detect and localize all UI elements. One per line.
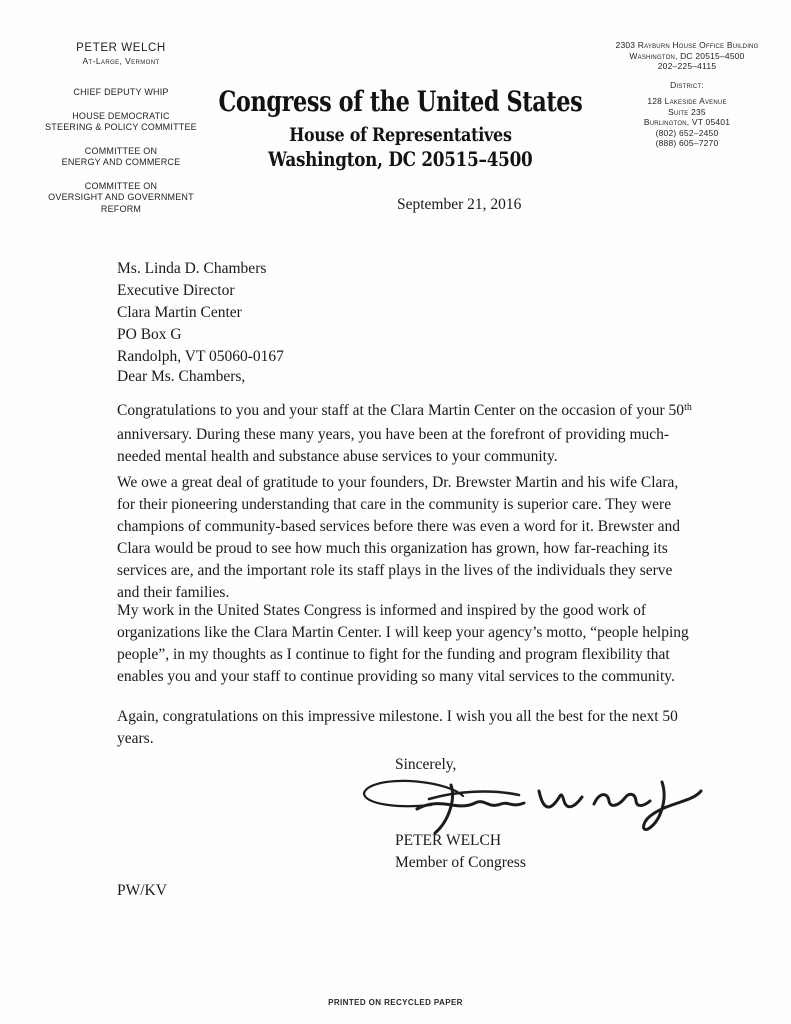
district-suite-line: Suite 235: [597, 107, 777, 118]
closing-sincerely: Sincerely,: [395, 754, 456, 776]
district-phone-1: (802) 652–2450: [597, 128, 777, 139]
washington-office-city-line: Washington, DC 20515–4500: [597, 51, 777, 62]
member-name: PETER WELCH: [30, 42, 212, 54]
washington-office-address-line: 2303 Rayburn House Office Building: [597, 40, 777, 51]
member-district-subtitle: At-Large, Vermont: [30, 56, 212, 66]
reference-initials: PW/KV: [117, 880, 167, 902]
letter-date: September 21, 2016: [397, 194, 521, 216]
district-address-line: 128 Lakeside Avenue: [597, 96, 777, 107]
district-phone-2: (888) 605–7270: [597, 138, 777, 149]
signer-block: PETER WELCH Member of Congress: [395, 830, 526, 874]
recipient-organization: Clara Martin Center: [117, 302, 284, 324]
recipient-name: Ms. Linda D. Chambers: [117, 258, 284, 280]
district-city-line: Burlington, VT 05401: [597, 117, 777, 128]
paragraph-1-text-continued: anniversary. During these many years, yo…: [117, 426, 669, 465]
masthead-house-line: House of Representatives: [289, 124, 511, 146]
masthead-congress-line: Congress of the United States: [219, 86, 583, 118]
letter-page: PETER WELCH At-Large, Vermont CHIEF DEPU…: [0, 0, 791, 1024]
recipient-city-state-zip: Randolph, VT 05060-0167: [117, 346, 284, 368]
salutation: Dear Ms. Chambers,: [117, 366, 245, 388]
masthead-washington-line: Washington, DC 20515–4500: [268, 148, 532, 171]
recipient-address-block: Ms. Linda D. Chambers Executive Director…: [117, 258, 284, 368]
letter-body: September 21, 2016 Ms. Linda D. Chambers…: [117, 194, 695, 984]
paragraph-3: My work in the United States Congress is…: [117, 600, 695, 688]
signer-name: PETER WELCH: [395, 830, 526, 852]
paragraph-1: Congratulations to you and your staff at…: [117, 400, 695, 468]
district-label: District:: [597, 80, 777, 91]
letterhead-right-column: 2303 Rayburn House Office Building Washi…: [597, 40, 777, 149]
washington-office-phone: 202–225–4115: [597, 61, 777, 72]
paragraph-4: Again, congratulations on this impressiv…: [117, 706, 695, 750]
signer-title: Member of Congress: [395, 852, 526, 874]
paragraph-2: We owe a great deal of gratitude to your…: [117, 472, 695, 604]
recipient-title: Executive Director: [117, 280, 284, 302]
district-office-block: 128 Lakeside Avenue Suite 235 Burlington…: [597, 96, 777, 149]
recipient-po-box: PO Box G: [117, 324, 284, 346]
paragraph-1-text: Congratulations to you and your staff at…: [117, 402, 684, 419]
recycled-paper-notice: PRINTED ON RECYCLED PAPER: [0, 998, 791, 1007]
ordinal-superscript: th: [684, 402, 692, 413]
